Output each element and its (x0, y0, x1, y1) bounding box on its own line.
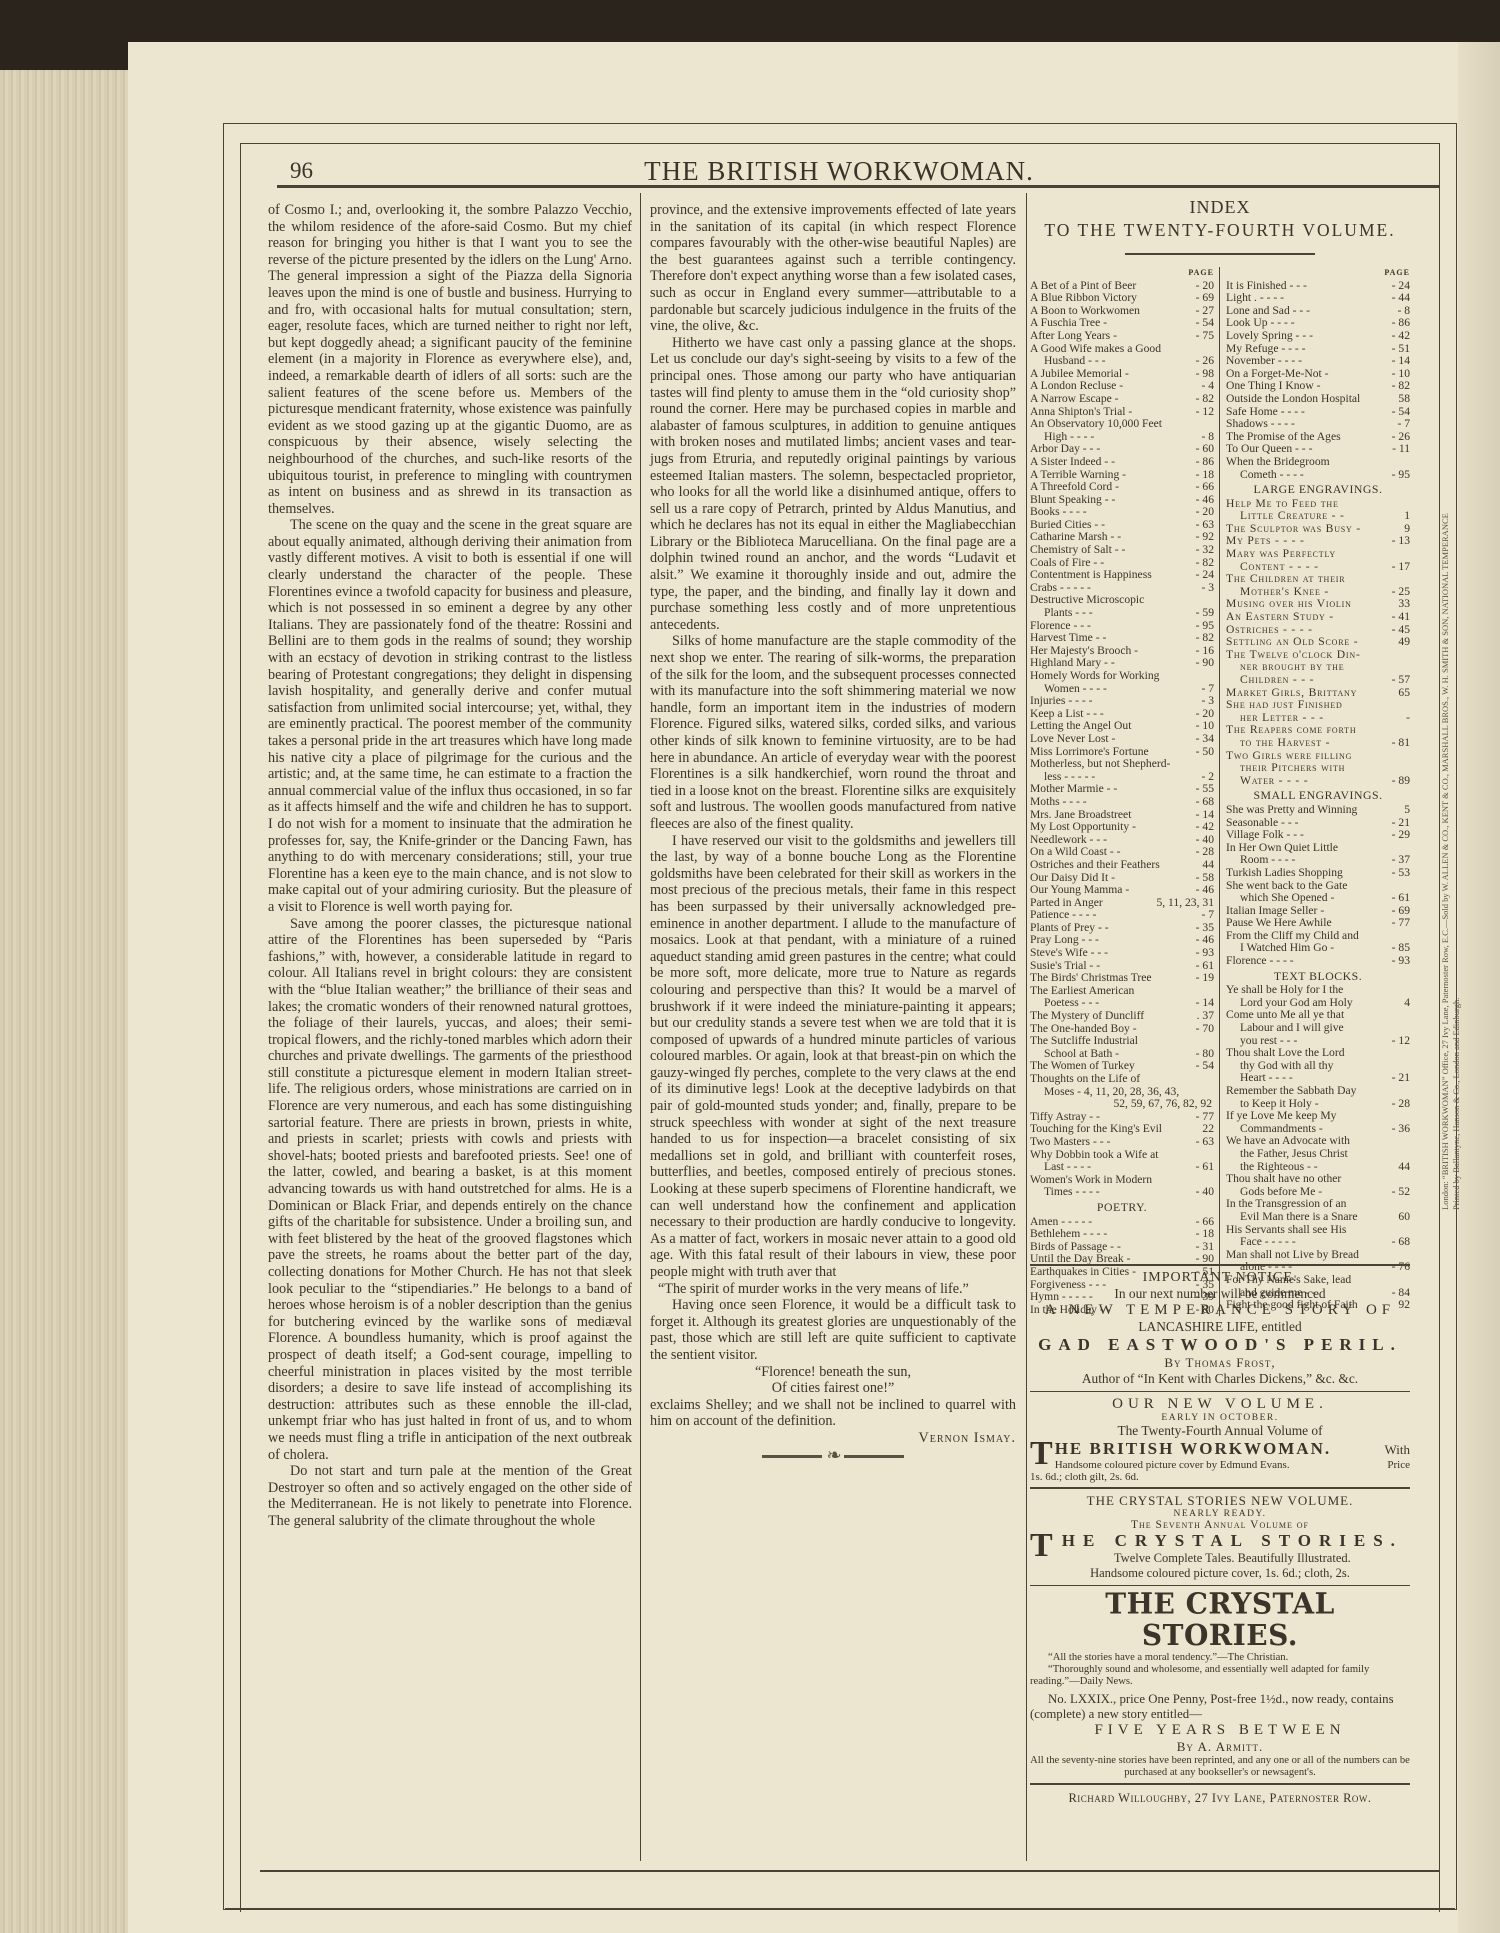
index-entry: Husband - - -- 26 (1030, 355, 1214, 368)
index-entry-page (1408, 649, 1410, 662)
column-divider (640, 193, 641, 1861)
index-entry-page: - 7 (1199, 909, 1214, 922)
divider-rule (1030, 1487, 1410, 1489)
index-entry-page: - 24 (1194, 569, 1214, 582)
index-entry: Lovely Spring - - -- 42 (1226, 330, 1410, 343)
index-entry-title: The Mystery of Duncliff (1030, 1010, 1195, 1023)
index-entry-page: - 82 (1194, 632, 1214, 645)
index-entry: the Father, Jesus Christ (1226, 1148, 1410, 1161)
index-entry-title: She was Pretty and Winning (1226, 804, 1402, 817)
index-entry-title: When the Bridegroom (1226, 456, 1408, 469)
index-entry: Evil Man there is a Snare60 (1226, 1211, 1410, 1224)
paragraph: I have reserved our visit to the goldsmi… (650, 833, 1016, 1281)
notice-text: The Seventh Annual Volume of (1030, 1519, 1410, 1531)
index-entry-page: - 75 (1194, 330, 1214, 343)
index-entry-page: - 77 (1390, 917, 1410, 930)
index-entry-title: Contentment is Happiness (1030, 569, 1194, 582)
index-entry: Love Never Lost -- 34 (1030, 733, 1214, 746)
index-entry: Shadows - - - -- 7 (1226, 418, 1410, 431)
index-entry-page: - 90 (1194, 657, 1214, 670)
running-head: 96 THE BRITISH WORKWOMAN. (240, 150, 1438, 190)
index-entry: After Long Years -- 75 (1030, 330, 1214, 343)
paragraph: Save among the poorer classes, the pictu… (268, 916, 632, 1464)
review-quote: “All the stories have a moral tendency.”… (1030, 1652, 1410, 1664)
index-entry: A Threefold Cord -- 66 (1030, 481, 1214, 494)
index-entry-page (1212, 1098, 1214, 1111)
index-entry-page: - 42 (1194, 821, 1214, 834)
index-entry-page: 65 (1396, 687, 1410, 700)
index-entry: Settling an Old Score -49 (1226, 636, 1410, 649)
index-entry-page (1408, 1148, 1410, 1161)
paragraph: Hitherto we have cast only a passing gla… (650, 335, 1016, 634)
index-entry: A Blue Ribbon Victory- 69 (1030, 292, 1214, 305)
index-entry: Contentment is Happiness- 24 (1030, 569, 1214, 582)
index-entry-title: to the Harvest - (1240, 737, 1390, 750)
index-entry-title: Little Creature - - (1240, 510, 1402, 523)
index-entry-title: Ostriches and their Feathers (1030, 859, 1200, 872)
paragraph: Do not start and turn pale at the mentio… (268, 1463, 632, 1529)
index-entry-title: Two Masters - - - (1030, 1136, 1194, 1149)
index-entry-title: She had just Finished (1226, 699, 1408, 712)
crystal-stories-banner: THE CRYSTAL STORIES. (1030, 1589, 1410, 1652)
index-entry: 52, 59, 67, 76, 82, 92 (1030, 1098, 1214, 1111)
story-title: GAD EASTWOOD'S PERIL. (1030, 1335, 1410, 1355)
index-entry: She was Pretty and Winning5 (1226, 804, 1410, 817)
index-entry-title: Thou shalt have no other (1226, 1173, 1408, 1186)
index-entry-page (1408, 984, 1410, 997)
index-entry-title: 52, 59, 67, 76, 82, 92 (1113, 1098, 1212, 1111)
index-entry: Last - - - -- 61 (1030, 1161, 1214, 1174)
new-volume-title: OUR NEW VOLUME. (1030, 1396, 1410, 1413)
crystal-ready: NEARLY READY. (1030, 1509, 1410, 1519)
index-entry: An Observatory 10,000 Feet (1030, 418, 1214, 431)
index-entry-page (1408, 1173, 1410, 1186)
index-entry-title: Evil Man there is a Snare (1240, 1211, 1396, 1224)
index-entry-page: - 34 (1194, 733, 1214, 746)
index-entry-title: A Threefold Cord - (1030, 481, 1194, 494)
index-entry: their Pitchers with (1226, 762, 1410, 775)
volume-name: HE BRITISH WORKWOMAN. (1055, 1439, 1331, 1459)
index-entry-title: Thou shalt Love the Lord (1226, 1047, 1408, 1060)
index-entry-page: - 40 (1194, 1186, 1214, 1199)
index-entry-title: Love Never Lost - (1030, 733, 1194, 746)
index-entry-title: Our Young Mamma - (1030, 884, 1194, 897)
index-entry: Light . - - - -- 44 (1226, 292, 1410, 305)
index-entry-title: Chemistry of Salt - - (1030, 544, 1194, 557)
index-entry: Chemistry of Salt - -- 32 (1030, 544, 1214, 557)
book-page-edges (0, 70, 128, 1933)
index-entry-page: 1 (1402, 510, 1410, 523)
paragraph: exclaims Shelley; and we shall not be in… (650, 1397, 1016, 1430)
index-entry-page: 49 (1396, 636, 1410, 649)
index-entry: Children - - -- 57 (1226, 674, 1410, 687)
index-entry-page: - 36 (1390, 1123, 1410, 1136)
index-entry-page: - 42 (1390, 330, 1410, 343)
verse-line: Of cities fairest one!” (772, 1380, 895, 1396)
reprint-text: All the seventy-nine stories have been r… (1030, 1755, 1410, 1779)
notice-text: With (1385, 1442, 1410, 1458)
index-section-title: SMALL ENGRAVINGS. (1226, 789, 1410, 802)
index-section-title: LARGE ENGRAVINGS. (1226, 483, 1410, 496)
volume-index: INDEX TO THE TWENTY-FOURTH VOLUME. PAGE … (1030, 197, 1410, 1316)
index-entry-title: Ye shall be Holy for I the (1226, 984, 1408, 997)
index-entry: Patience - - - -- 7 (1030, 909, 1214, 922)
notice-text: Handsome coloured picture cover, 1s. 6d.… (1030, 1566, 1410, 1581)
index-entry-page: - 46 (1194, 884, 1214, 897)
paragraph: Having once seen Florence, it would be a… (650, 1297, 1016, 1363)
index-entry-title: Bethlehem - - - - (1030, 1228, 1194, 1241)
index-entry-page (1408, 1135, 1410, 1148)
divider-rule (1030, 1264, 1410, 1266)
article-column-2: province, and the extensive improvements… (650, 202, 1016, 1463)
index-entry-page (1212, 1073, 1214, 1086)
index-entry-page: - 68 (1194, 796, 1214, 809)
imprint-line: Printed by Ballantyne, Hanson & Co., Lon… (1451, 998, 1461, 1210)
index-entry-page: - 21 (1390, 1072, 1410, 1085)
index-entry: She had just Finished (1226, 699, 1410, 712)
index-entry: Motherless, but not Shepherd- (1030, 758, 1214, 771)
index-entry-title: Turkish Ladies Shopping (1226, 867, 1390, 880)
index-entry-page (1212, 418, 1214, 431)
index-entry-title: Cometh - - - - (1240, 469, 1390, 482)
index-entry-title: An Eastern Study - (1226, 611, 1390, 624)
index-entry: Books - - - -- 20 (1030, 506, 1214, 519)
divider-rule (1030, 1783, 1410, 1785)
index-entry: Cometh - - - -- 95 (1226, 469, 1410, 482)
index-entry-title: Husband - - - (1044, 355, 1194, 368)
index-entry: Labour and I will give (1226, 1022, 1410, 1035)
index-entry-page: - 13 (1390, 535, 1410, 548)
index-entry: Thou shalt have no other (1226, 1173, 1410, 1186)
index-entry-title: Homely Words for Working (1030, 670, 1212, 683)
index-entry: Ostriches and their Feathers44 (1030, 859, 1214, 872)
index-entry-page: 5 (1402, 804, 1410, 817)
index-rule (1125, 253, 1315, 255)
index-entry-title: Pause We Here Awhile (1226, 917, 1390, 930)
index-entry-title: Children - - - (1240, 674, 1390, 687)
index-entry-title: Mary was Perfectly (1226, 548, 1408, 561)
index-entry-page: - 29 (1390, 829, 1410, 842)
index-entry-page: - 93 (1194, 947, 1214, 960)
index-entry-title: Patience - - - - (1030, 909, 1199, 922)
index-entry-title: Lovely Spring - - - (1226, 330, 1390, 343)
index-entry-title: A Blue Ribbon Victory (1030, 292, 1194, 305)
index-entry: Moths - - - -- 68 (1030, 796, 1214, 809)
bottom-rule (225, 1908, 1455, 1910)
index-entry-page (1408, 762, 1410, 775)
index-entry: Pause We Here Awhile- 77 (1226, 917, 1410, 930)
bottom-rule (260, 1870, 1440, 1872)
index-entry-page: - 63 (1194, 1136, 1214, 1149)
index-entry-page (1408, 548, 1410, 561)
index-entry-page (1408, 1085, 1410, 1098)
index-column-left: PAGE A Bet of a Pint of Beer- 20A Blue R… (1030, 267, 1220, 1316)
index-entry-title: Last - - - - (1044, 1161, 1194, 1174)
index-entry-page: - 57 (1390, 674, 1410, 687)
story-title: FIVE YEARS BETWEEN (1030, 1722, 1410, 1739)
issue-text: No. LXXIX., price One Penny, Post-free 1… (1030, 1692, 1410, 1722)
index-entry: Times - - - -- 40 (1030, 1186, 1214, 1199)
index-entry-page (1408, 1047, 1410, 1060)
index-entry-title: Books - - - - (1030, 506, 1194, 519)
index-entry-title: The Children at their (1226, 573, 1408, 586)
index-entry-title: Light . - - - - (1226, 292, 1390, 305)
index-section-title: POETRY. (1030, 1201, 1214, 1214)
index-entry-page: - 59 (1194, 607, 1214, 620)
index-entry: An Eastern Study -- 41 (1226, 611, 1410, 624)
index-entry: Homely Words for Working (1030, 670, 1214, 683)
index-entry-page: - 11 (1390, 443, 1410, 456)
index-entry-page (1408, 750, 1410, 763)
review-quote: “Thoroughly sound and wholesome, and ess… (1030, 1664, 1410, 1688)
index-entry-title: Remember the Sabbath Day (1226, 1085, 1408, 1098)
index-entry: Harvest Time - -- 82 (1030, 632, 1214, 645)
index-entry-page (1408, 1009, 1410, 1022)
article-column-1: of Cosmo I.; and, overlooking it, the so… (268, 202, 632, 1530)
verse-quote: “Florence! beneath the sun, Of cities fa… (650, 1364, 1016, 1397)
index-entry-page: - 32 (1194, 544, 1214, 557)
drop-cap: T (1030, 1531, 1055, 1561)
volume-price: 1s. 6d.; cloth gilt, 2s. 6d. (1030, 1471, 1410, 1483)
index-entry: The Mystery of Duncliff. 37 (1030, 1010, 1214, 1023)
index-entry: Bethlehem - - - -- 18 (1030, 1228, 1214, 1241)
index-entry-title: Thoughts on the Life of (1030, 1073, 1212, 1086)
index-entry-page (1408, 1022, 1410, 1035)
notice-text: A NEW TEMPERANCE STORY OF (1030, 1302, 1410, 1319)
index-section-title: TEXT BLOCKS. (1226, 970, 1410, 983)
index-entry-page (1408, 1110, 1410, 1123)
column-divider (1026, 193, 1027, 1861)
index-entry: Outside the London Hospital58 (1226, 393, 1410, 406)
index-entry-title: Settling an Old Score - (1226, 636, 1396, 649)
important-notice-title: IMPORTANT NOTICE. (1030, 1270, 1410, 1286)
index-entry-page (1212, 670, 1214, 683)
index-entry-title: Steve's Wife - - - (1030, 947, 1194, 960)
index-entry: Steve's Wife - - -- 93 (1030, 947, 1214, 960)
index-entry-page: - 61 (1194, 1161, 1214, 1174)
divider-rule (1030, 1391, 1410, 1393)
imprint-line: London: “BRITISH WORKWOMAN” Office, 27 I… (1440, 513, 1450, 1210)
index-entry-page: - (1404, 712, 1410, 725)
crystal-stories-title: THE CRYSTAL STORIES NEW VOLUME. (1030, 1493, 1410, 1509)
index-entry-page (1408, 456, 1410, 469)
index-entry-title: their Pitchers with (1240, 762, 1408, 775)
index-entry-page: - 3 (1199, 582, 1214, 595)
paragraph: The scene on the quay and the scene in t… (268, 517, 632, 915)
index-entry: Ye shall be Holy for I the (1226, 984, 1410, 997)
index-entry: Turkish Ladies Shopping- 53 (1226, 867, 1410, 880)
paragraph: of Cosmo I.; and, overlooking it, the so… (268, 202, 632, 517)
index-entry: Little Creature - -1 (1226, 510, 1410, 523)
index-entry-page: - 66 (1194, 481, 1214, 494)
index-entry-page: - 93 (1390, 955, 1410, 968)
index-entry-page: 58 (1396, 393, 1410, 406)
crystal-title-line: T HE CRYSTAL STORIES. Twelve Complete Ta… (1030, 1531, 1410, 1566)
verse-line: “Florence! beneath the sun, (755, 1364, 911, 1380)
index-entry-title: Labour and I will give (1240, 1022, 1408, 1035)
index-entry-page: - 3 (1199, 695, 1214, 708)
index-entry: which She Opened -- 61 (1226, 892, 1410, 905)
index-column-right: PAGE It is Finished - - -- 24Light . - -… (1220, 267, 1410, 1316)
block-quote: “The spirit of murder works in the very … (650, 1281, 1016, 1298)
index-entry: Thou shalt Love the Lord (1226, 1047, 1410, 1060)
index-entry-page (1408, 699, 1410, 712)
index-entry-page: - 68 (1390, 1236, 1410, 1249)
index-entry-page: - 17 (1390, 561, 1410, 574)
index-entry-title: If ye Love Me keep My (1226, 1110, 1408, 1123)
index-entry-title: A Narrow Escape - (1030, 393, 1194, 406)
notices-section: IMPORTANT NOTICE. In our next number wil… (1030, 1260, 1410, 1806)
new-volume-date: EARLY IN OCTOBER. (1030, 1413, 1410, 1423)
index-entry-page: - 19 (1194, 972, 1214, 985)
index-entry: Plants - - -- 59 (1030, 607, 1214, 620)
index-entry-title: Motherless, but not Shepherd- (1030, 758, 1212, 771)
index-entry-page (1212, 1086, 1214, 1099)
index-entry: Face - - - - -- 68 (1226, 1236, 1410, 1249)
index-entry: Injuries - - - -- 3 (1030, 695, 1214, 708)
drop-cap: T (1030, 1439, 1055, 1469)
index-entry-title: The Birds' Christmas Tree (1030, 972, 1194, 985)
index-entry-title: My Lost Opportunity - (1030, 821, 1194, 834)
notice-text: In our next number will be commenced (1030, 1286, 1410, 1302)
index-entry: My Lost Opportunity -- 42 (1030, 821, 1214, 834)
crystal-name: HE CRYSTAL STORIES. (1055, 1531, 1410, 1551)
index-entry: If ye Love Me keep My (1226, 1110, 1410, 1123)
index-entry-page (1212, 758, 1214, 771)
notice-text: LANCASHIRE LIFE, entitled (1030, 1319, 1410, 1335)
notice-text: Twelve Complete Tales. Beautifully Illus… (1055, 1551, 1410, 1566)
index-entry-page: - 52 (1390, 1186, 1410, 1199)
index-entry-title: Face - - - - - (1240, 1236, 1390, 1249)
index-entry-title: A Sister Indeed - - (1030, 456, 1194, 469)
index-entry-title: The Sutcliffe Industrial (1030, 1035, 1212, 1048)
index-entry-page: - 61 (1390, 892, 1410, 905)
index-entry: A Sister Indeed - -- 86 (1030, 456, 1214, 469)
index-entry-page: - 20 (1194, 506, 1214, 519)
header-rule (277, 185, 1440, 188)
index-entry: November - - - -- 14 (1226, 355, 1410, 368)
index-entry-page: - 14 (1390, 355, 1410, 368)
index-entry-title: Injuries - - - - (1030, 695, 1199, 708)
index-entry-page: - 26 (1194, 355, 1214, 368)
index-entry-title: November - - - - (1226, 355, 1390, 368)
paragraph: province, and the extensive improvements… (650, 202, 1016, 335)
index-title: INDEX (1030, 197, 1410, 218)
index-entry-page: - 82 (1194, 393, 1214, 406)
publisher-address: Richard Willoughby, 27 Ivy Lane, Paterno… (1030, 1791, 1410, 1806)
index-entry-title: After Long Years - (1030, 330, 1194, 343)
index-entry-page: 44 (1396, 1161, 1410, 1174)
index-entry-title: An Observatory 10,000 Feet (1030, 418, 1212, 431)
index-entry-page: - 86 (1194, 456, 1214, 469)
index-entry-title: Shadows - - - - (1226, 418, 1395, 431)
masthead-title: THE BRITISH WORKWOMAN. (240, 156, 1438, 187)
index-entry: Our Young Mamma -- 46 (1030, 884, 1214, 897)
index-entry-page: - 69 (1194, 292, 1214, 305)
index-entry: Two Masters - - -- 63 (1030, 1136, 1214, 1149)
index-entry-title: which She Opened - (1240, 892, 1390, 905)
index-entry-page: - 18 (1194, 1228, 1214, 1241)
index-entry-page: - 53 (1390, 867, 1410, 880)
notice-text: Price (1387, 1459, 1410, 1471)
index-entry-page (1212, 1035, 1214, 1048)
index-entry-title: Moths - - - - (1030, 796, 1194, 809)
notice-text: The Twenty-Fourth Annual Volume of (1030, 1423, 1410, 1439)
index-entry-page: - 70 (1194, 1023, 1214, 1036)
ornament-divider-icon: ❧ (650, 1447, 1016, 1464)
index-entry-title: Outside the London Hospital (1226, 393, 1396, 406)
index-entry-page: - 44 (1390, 292, 1410, 305)
page-label: PAGE (1226, 267, 1410, 280)
index-entry: Thoughts on the Life of (1030, 1073, 1214, 1086)
author-note: Author of “In Kent with Charles Dickens,… (1030, 1371, 1410, 1387)
index-entry: to the Harvest -- 81 (1226, 737, 1410, 750)
index-entry: Remember the Sabbath Day (1226, 1085, 1410, 1098)
index-entry: Village Folk - - -- 29 (1226, 829, 1410, 842)
index-entry-page: 44 (1200, 859, 1214, 872)
index-entry-page: - 89 (1390, 775, 1410, 788)
index-entry-page: - 95 (1390, 469, 1410, 482)
index-entry-title: the Father, Jesus Christ (1240, 1148, 1408, 1161)
index-entry: Water - - - -- 89 (1226, 775, 1410, 788)
index-subtitle: TO THE TWENTY-FOURTH VOLUME. (1030, 220, 1410, 241)
volume-title-line: T HE BRITISH WORKWOMAN. With Handsome co… (1030, 1439, 1410, 1471)
index-entry-page: - 81 (1390, 737, 1410, 750)
index-entry-page: - 41 (1390, 611, 1410, 624)
index-entry: The Sutcliffe Industrial (1030, 1035, 1214, 1048)
index-entry-title: Florence - - - - (1226, 955, 1390, 968)
index-entry-page: - 50 (1194, 746, 1214, 759)
notice-text: Handsome coloured picture cover by Edmun… (1055, 1459, 1290, 1471)
index-entry-title: Water - - - - (1240, 775, 1390, 788)
index-entry-page: - 7 (1395, 418, 1410, 431)
paragraph: Silks of home manufacture are the staple… (650, 633, 1016, 832)
index-entry-page: 60 (1396, 1211, 1410, 1224)
index-entry-title: Village Folk - - - (1226, 829, 1390, 842)
index-entry-title: Harvest Time - - (1030, 632, 1194, 645)
index-entry-page: - 12 (1194, 406, 1214, 419)
index-entry-page: . 37 (1195, 1010, 1214, 1023)
index-entry: The Birds' Christmas Tree- 19 (1030, 972, 1214, 985)
story-author: By A. Armitt. (1030, 1739, 1410, 1755)
index-entry-page: 4 (1402, 997, 1410, 1010)
page-label: PAGE (1030, 267, 1214, 280)
index-entry: A Narrow Escape -- 82 (1030, 393, 1214, 406)
story-author: By Thomas Frost, (1030, 1355, 1410, 1371)
index-entry-page: - 54 (1194, 1060, 1214, 1073)
index-entry-page (1408, 573, 1410, 586)
index-entry-page: - 28 (1390, 1098, 1410, 1111)
index-entry-page: - 12 (1390, 1035, 1410, 1048)
index-entry: When the Bridegroom (1226, 456, 1410, 469)
index-entry-title: Times - - - - (1044, 1186, 1194, 1199)
index-entry: Mary was Perfectly (1226, 548, 1410, 561)
side-imprint: London: “BRITISH WORKWOMAN” Office, 27 I… (1440, 470, 1470, 1210)
index-entry: The Children at their (1226, 573, 1410, 586)
index-entry-title: Plants - - - (1044, 607, 1194, 620)
index-entry: Florence - - - -- 93 (1226, 955, 1410, 968)
